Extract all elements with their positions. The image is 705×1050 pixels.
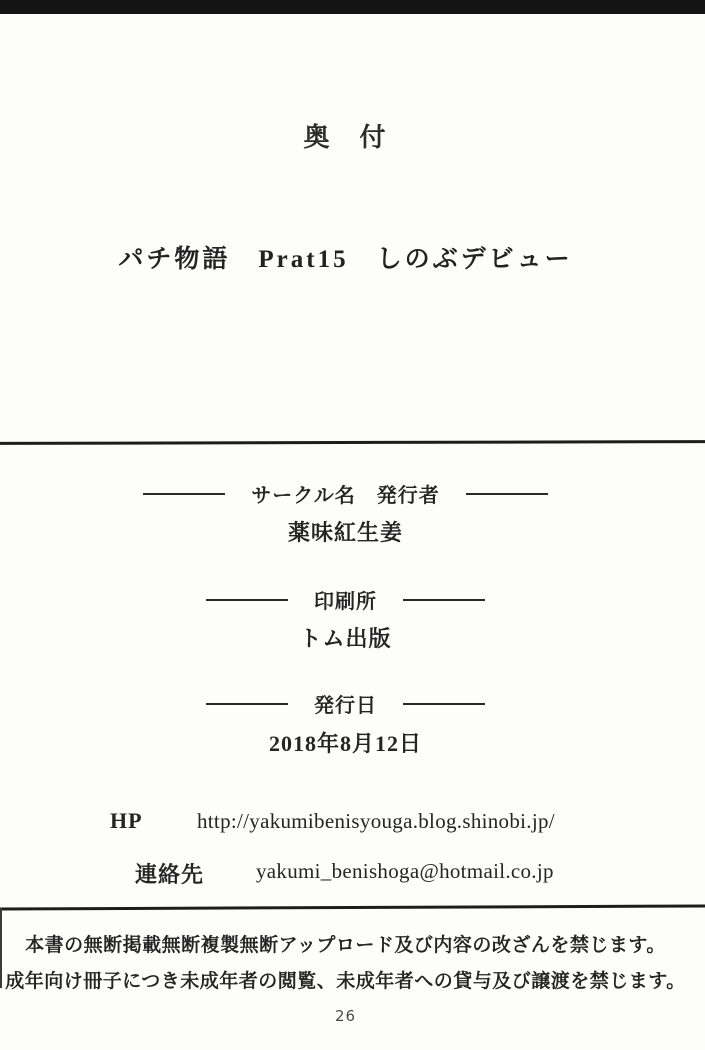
section-heading-pubdate-label: 発行日 bbox=[314, 689, 377, 718]
scan-edge-bar bbox=[0, 0, 705, 14]
heading-rule-left bbox=[206, 703, 288, 705]
section-heading-printer: 印刷所 bbox=[0, 585, 691, 614]
colophon-page: 奥 付 パチ物語 Prat15 しのぶデビュー サークル名 発行者 薬味紅生姜 … bbox=[0, 0, 705, 1050]
heading-rule-left bbox=[206, 599, 288, 601]
heading-rule-right bbox=[403, 599, 485, 601]
page-number: 26 bbox=[0, 1007, 691, 1025]
section-heading-circle: サークル名 発行者 bbox=[0, 479, 691, 508]
publication-date: 2018年8月12日 bbox=[0, 727, 691, 758]
disclaimer-box-rule bbox=[0, 904, 705, 910]
heading-rule-right bbox=[466, 493, 548, 495]
section-heading-printer-label: 印刷所 bbox=[314, 585, 377, 614]
disclaimer-line-2: 成年向け冊子につき未成年者の閲覧、未成年者への貸与及び譲渡を禁じます。 bbox=[0, 966, 691, 993]
contact-email: yakumi_benishoga@hotmail.co.jp bbox=[256, 859, 554, 884]
section-heading-circle-label: サークル名 発行者 bbox=[251, 479, 439, 508]
section-heading-pubdate: 発行日 bbox=[0, 689, 691, 718]
hp-label: HP bbox=[110, 808, 143, 834]
printer-name: トム出版 bbox=[0, 622, 691, 653]
disclaimer-line-1: 本書の無断掲載無断複製無断アップロード及び内容の改ざんを禁じます。 bbox=[0, 930, 691, 957]
circle-name: 薬味紅生姜 bbox=[0, 516, 691, 547]
hp-url: http://yakumibenisyouga.blog.shinobi.jp/ bbox=[197, 809, 555, 834]
horizontal-rule bbox=[0, 440, 705, 445]
book-title: パチ物語 Prat15 しのぶデビュー bbox=[0, 239, 691, 275]
heading-rule-left bbox=[143, 493, 225, 495]
page-title: 奥 付 bbox=[0, 117, 691, 154]
contact-label: 連絡先 bbox=[135, 858, 204, 889]
heading-rule-right bbox=[403, 703, 485, 705]
